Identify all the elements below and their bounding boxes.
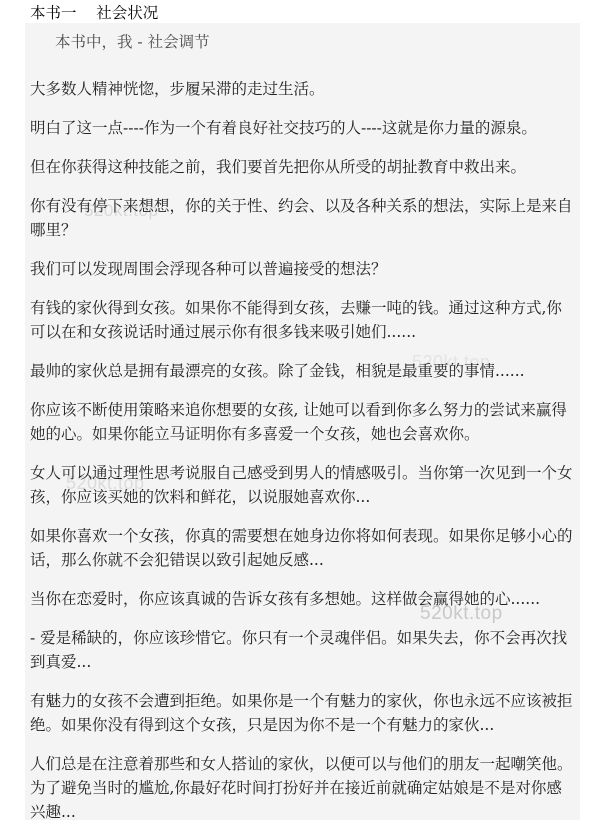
paragraph: 但在你获得这种技能之前，我们要首先把你从所受的胡扯教育中救出来。 (30, 155, 574, 179)
paragraph: 有钱的家伙得到女孩。如果你不能得到女孩，去赚一吨的钱。通过这种方式,你可以在和女… (30, 296, 574, 344)
content-panel: 本书中，我 - 社会调节 大多数人精神恍惚，步履呆滞的走过生活。明白了这一点--… (25, 23, 580, 820)
paragraph-list: 大多数人精神恍惚，步履呆滞的走过生活。明白了这一点----作为一个有着良好社交技… (25, 77, 580, 820)
paragraph: - 爱是稀缺的，你应该珍惜它。你只有一个灵魂伴侣。如果失去，你不会再次找到真爱.… (30, 626, 574, 674)
paragraph: 明白了这一点----作为一个有着良好社交技巧的人----这就是你力量的源泉。 (30, 116, 574, 140)
subtitle: 本书中，我 - 社会调节 (25, 23, 580, 54)
paragraph: 有魅力的女孩不会遭到拒绝。如果你是一个有魅力的家伙，你也永远不应该被拒绝。如果你… (30, 689, 574, 737)
paragraph: 当你在恋爱时，你应该真诚的告诉女孩有多想她。这样做会赢得她的心...... (30, 587, 574, 611)
paragraph: 女人可以通过理性思考说服自己感受到男人的情感吸引。当你第一次见到一个女孩，你应该… (30, 461, 574, 509)
paragraph: 最帅的家伙总是拥有最漂亮的女孩。除了金钱，相貌是最重要的事情...... (30, 359, 574, 383)
paragraph: 我们可以发现周围会浮现各种可以普遍接受的想法？ (30, 257, 574, 281)
paragraph: 人们总是在注意着那些和女人搭讪的家伙，以便可以与他们的朋友一起嘲笑他。为了避免当… (30, 752, 574, 820)
paragraph: 如果你喜欢一个女孩，你真的需要想在她身边你将如何表现。如果你足够小心的话，那么你… (30, 524, 574, 572)
document-page: 本书一 社会状况 本书中，我 - 社会调节 大多数人精神恍惚，步履呆滞的走过生活… (0, 0, 600, 820)
paragraph: 你有没有停下来想想，你的关于性、约会、以及各种关系的想法，实际上是来自哪里？ (30, 194, 574, 242)
paragraph: 你应该不断使用策略来追你想要的女孩, 让她可以看到你多么努力的尝试来赢得她的心。… (30, 398, 574, 446)
page-title: 本书一 社会状况 (30, 3, 158, 23)
paragraph: 大多数人精神恍惚，步履呆滞的走过生活。 (30, 77, 574, 101)
